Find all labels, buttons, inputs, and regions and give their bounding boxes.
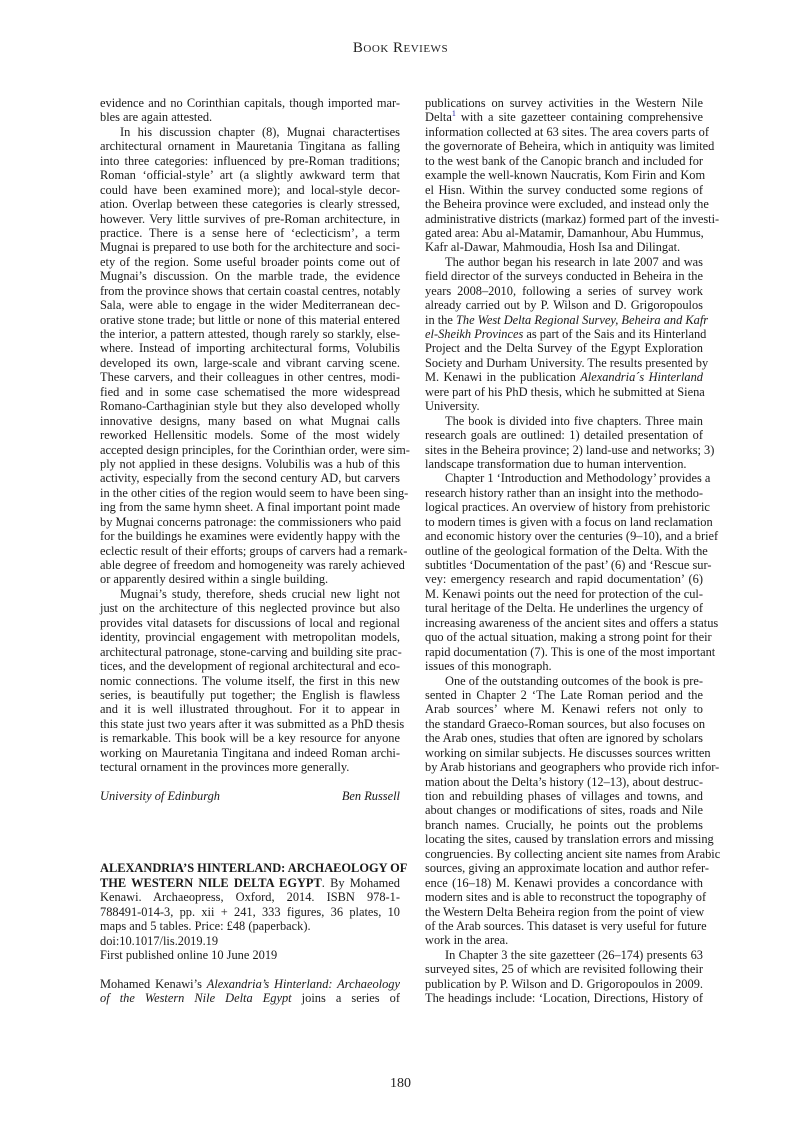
text-line: and it is well illustrated throughout. F… <box>100 702 400 716</box>
text-line: series, is beautifully put together; the… <box>100 688 400 702</box>
text-line: quo of the actual situation, making a st… <box>425 630 703 644</box>
text-line: M. Kenawi in the publication Alexandria´… <box>425 370 703 384</box>
text-line: el Hisn. Within the survey conducted som… <box>425 183 703 197</box>
text-line: ence (16–18) M. Kenawi provides a concor… <box>425 876 703 890</box>
text-line: Kafr al-Dawar, Mahmoudia, Hosh Isa and D… <box>425 240 703 254</box>
text-line: nomic connections. The volume itself, th… <box>100 674 400 688</box>
text-line: publications on survey activities in the… <box>425 96 703 110</box>
text-line: to the west bank of the Canopic branch a… <box>425 154 703 168</box>
paragraph-start: The book is divided into five chapters. … <box>425 414 703 428</box>
text-line: landscape transformation due to human in… <box>425 457 703 471</box>
text-line: years 2008–2010, following a series of s… <box>425 284 703 298</box>
text-line: the interior, a pattern attested, though… <box>100 327 400 341</box>
text-line: however. Very little survives of pre-Rom… <box>100 212 400 226</box>
text-line: rapid documentation (7). This is one of … <box>425 645 703 659</box>
page-number: 180 <box>0 1076 801 1092</box>
text-line: the governorate of Beheira, which in ant… <box>425 139 703 153</box>
text-line: this state just two years after it was s… <box>100 717 400 731</box>
text-line: of the Arab sources. This dataset is ver… <box>425 919 703 933</box>
text-line: field director of the surveys conducted … <box>425 269 703 283</box>
text-line: already carried out by P. Wilson and D. … <box>425 298 703 312</box>
text-line: the Western Delta Beheira region from th… <box>425 905 703 919</box>
text-line: were part of his PhD thesis, which he su… <box>425 385 703 399</box>
spacer <box>100 775 400 789</box>
paragraph-start: In Chapter 3 the site gazetteer (26–174)… <box>425 948 703 962</box>
text-line: able degree of freedom and homogeneity w… <box>100 558 400 572</box>
book-title-line: ALEXANDRIA’S HINTERLAND: ARCHAEOLOGY OF <box>100 861 400 875</box>
text-line: information collected at 63 sites. The a… <box>425 125 703 139</box>
text-line: the Arab ones, studies that often are ig… <box>425 731 703 745</box>
text-line: architectural ornament in Mauretania Tin… <box>100 139 400 153</box>
text-line: Sala, were able to engage in the wider M… <box>100 298 400 312</box>
text-line: Mugnai’s discussion. On the marble trade… <box>100 269 400 283</box>
text-line: the standard Graeco-Roman sources, but a… <box>425 717 703 731</box>
text-line: by Mugnai concerns patronage: the commis… <box>100 515 400 529</box>
text-line: work in the area. <box>425 933 703 947</box>
text-line: research history rather than an insight … <box>425 486 703 500</box>
text-line: working on Mauretania Tingitana and inde… <box>100 746 400 760</box>
book-title-line: THE WESTERN NILE DELTA EGYPT. By Mohamed <box>100 876 400 890</box>
text-line: vey: emergency research and rapid docume… <box>425 572 703 586</box>
review-signature: University of Edinburgh Ben Russell <box>100 789 400 803</box>
text-line: in the other cities of the region would … <box>100 486 400 500</box>
publication-date: First published online 10 June 2019 <box>100 948 400 962</box>
text-line: could have been examined more); and loca… <box>100 183 400 197</box>
spacer <box>100 963 400 977</box>
text-line: from the province shows that certain coa… <box>100 284 400 298</box>
text-line: into three categories: influenced by pre… <box>100 154 400 168</box>
text-line: surveyed sites, 25 of which are revisite… <box>425 962 703 976</box>
biblio-line: maps and 5 tables. Price: £48 (paperback… <box>100 919 400 933</box>
text-line: of the Western Nile Delta Egypt joins a … <box>100 991 400 1005</box>
text-line: sites in the Beheira province; 2) land-u… <box>425 443 703 457</box>
text-line: bles are again attested. <box>100 110 400 124</box>
doi-link[interactable]: doi:10.1017/lis.2019.19 <box>100 934 400 948</box>
text-line: subtitles ‘Documentation of the past’ (6… <box>425 558 703 572</box>
text-line: working on similar subjects. He discusse… <box>425 746 703 760</box>
text-line: about changes or modifications of sites,… <box>425 803 703 817</box>
paragraph-start: In his discussion chapter (8), Mugnai ch… <box>100 125 400 139</box>
text-line: by Arab historians and geographers who p… <box>425 760 703 774</box>
text-line: Roman ‘official-style’ art (a slightly a… <box>100 168 400 182</box>
text-line: ation. Overlap between these categories … <box>100 197 400 211</box>
reviewer-affiliation: University of Edinburgh <box>100 789 220 803</box>
text-line: tices, and the development of regional a… <box>100 659 400 673</box>
left-column: evidence and no Corinthian capitals, tho… <box>100 96 400 1006</box>
text-line: issues of this monograph. <box>425 659 703 673</box>
text-line: modern sites and is able to reconstruct … <box>425 890 703 904</box>
paragraph-start: Mugnai’s study, therefore, sheds crucial… <box>100 587 400 601</box>
text-line: M. Kenawi points out the need for protec… <box>425 587 703 601</box>
text-line: Arab sources’ where M. Kenawi refers not… <box>425 702 703 716</box>
text-line: reworked Hellensitic models. Some of the… <box>100 428 400 442</box>
text-line: example the well-known Naucratis, Kom Fi… <box>425 168 703 182</box>
text-line: developed its own, large-scale and vibra… <box>100 356 400 370</box>
text-line: locating the sites, caused by translatio… <box>425 832 703 846</box>
running-head: Book Reviews <box>0 40 801 57</box>
text-line: Project and the Delta Survey of the Egyp… <box>425 341 703 355</box>
text-line: gated area: Abu al-Matamir, Damanhour, A… <box>425 226 703 240</box>
text-line: innovative designs, many based on what M… <box>100 414 400 428</box>
text-line: or apparently desired within a single bu… <box>100 572 400 586</box>
text-line: increasing awareness of the ancient site… <box>425 616 703 630</box>
text-line: in the The West Delta Regional Survey, B… <box>425 313 703 327</box>
text-line: is remarkable. This book will be a key r… <box>100 731 400 745</box>
paragraph-start: One of the outstanding outcomes of the b… <box>425 674 703 688</box>
text-line: The headings include: ‘Location, Directi… <box>425 991 703 1005</box>
text-line: branch names. Crucially, he points out t… <box>425 818 703 832</box>
text-line: where. Instead of importing architectura… <box>100 341 400 355</box>
text-line: administrative districts (markaz) formed… <box>425 212 703 226</box>
spacer <box>100 803 400 832</box>
text-line: orative stone trade; but little or none … <box>100 313 400 327</box>
text-line: publication by P. Wilson and D. Grigorop… <box>425 977 703 991</box>
text-line: activity, especially from the second cen… <box>100 471 400 485</box>
paragraph-start: Chapter 1 ‘Introduction and Methodology’… <box>425 471 703 485</box>
text-line: logical practices. An overview of histor… <box>425 500 703 514</box>
text-line: provides vital datasets for discussions … <box>100 616 400 630</box>
text-line: Society and Durham University. The resul… <box>425 356 703 370</box>
biblio-line: Kenawi. Archaeopress, Oxford, 2014. ISBN… <box>100 890 400 904</box>
text-line: tion and rebuilding phases of villages a… <box>425 789 703 803</box>
text-line: eclectic result of their efforts; groups… <box>100 544 400 558</box>
text-line: Delta1 with a site gazetteer containing … <box>425 110 703 124</box>
text-line: research goals are outlined: 1) detailed… <box>425 428 703 442</box>
text-line: identity, provincial engagement with met… <box>100 630 400 644</box>
text-line: to modern times is given with a focus on… <box>425 515 703 529</box>
text-line: mation about the Delta’s history (12–13)… <box>425 775 703 789</box>
text-line: ety of the region. Some useful broader p… <box>100 255 400 269</box>
text-line: Mugnai is prepared to use both for the a… <box>100 240 400 254</box>
paragraph-start: The author began his research in late 20… <box>425 255 703 269</box>
text-line: el-Sheikh Provinces as part of the Sais … <box>425 327 703 341</box>
text-line: ing from the same hymn sheet. A final im… <box>100 500 400 514</box>
text-line: for the buildings he examines were evide… <box>100 529 400 543</box>
text-line: accepted design principles, for the Cori… <box>100 443 400 457</box>
text-line: practice. There is a sense here of ‘ecle… <box>100 226 400 240</box>
reviewer-name: Ben Russell <box>342 789 400 803</box>
text-line: sources, giving an approximate location … <box>425 861 703 875</box>
biblio-line: 788491-014-3, pp. xii + 241, 333 figures… <box>100 905 400 919</box>
text-line: tectural ornament in the provinces more … <box>100 760 400 774</box>
right-column: publications on survey activities in the… <box>425 96 703 1006</box>
text-line: congruencies. By collecting ancient site… <box>425 847 703 861</box>
text-line: University. <box>425 399 703 413</box>
text-line: outline of the geological formation of t… <box>425 544 703 558</box>
text-line: fied and in some case schematised the mo… <box>100 385 400 399</box>
text-line: sented in Chapter 2 ‘The Late Roman peri… <box>425 688 703 702</box>
text-line: These carvers, and their colleagues in o… <box>100 370 400 384</box>
spacer <box>100 832 400 861</box>
text-line: architectural patronage, stone-carving a… <box>100 645 400 659</box>
text-line: the Beheira province were excluded, and … <box>425 197 703 211</box>
text-line: just on the architecture of this neglect… <box>100 601 400 615</box>
text-line: Romano-Carthaginian style but they also … <box>100 399 400 413</box>
text-line: tural heritage of the Delta. He underlin… <box>425 601 703 615</box>
book-citation: ALEXANDRIA’S HINTERLAND: ARCHAEOLOGY OF … <box>100 861 400 962</box>
text-line: and economic history over the centuries … <box>425 529 703 543</box>
text-line: evidence and no Corinthian capitals, tho… <box>100 96 400 110</box>
text-line: ply not applied in these designs. Volubi… <box>100 457 400 471</box>
text-line: Mohamed Kenawi’s Alexandria’s Hinterland… <box>100 977 400 991</box>
